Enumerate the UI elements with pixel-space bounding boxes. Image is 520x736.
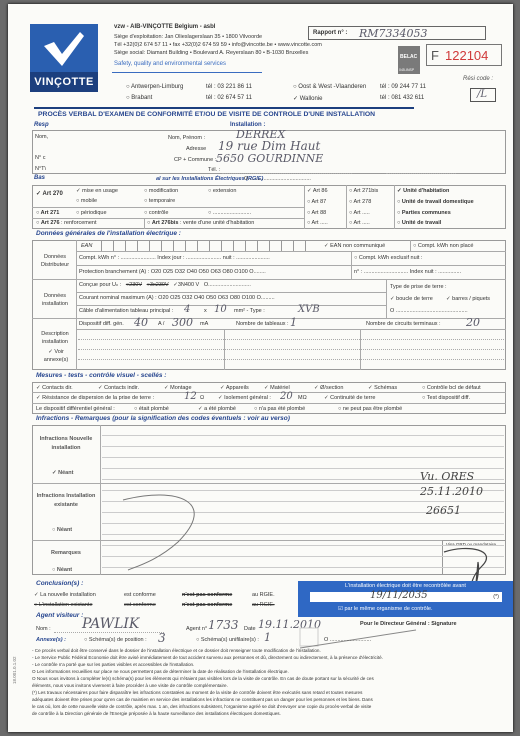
earth-loop-checkbox[interactable]: ✓ boucle de terre bbox=[390, 296, 433, 302]
seal-not-sealed[interactable]: ○ n'a pas été plombé bbox=[254, 406, 305, 412]
art276bis-checkbox[interactable]: ○ Art 276bis : vente d'une unité d'habit… bbox=[147, 220, 254, 226]
conclusion-new-conform[interactable]: est conforme bbox=[124, 592, 156, 598]
earth-bars-checkbox[interactable]: ✓ barres / piquets bbox=[446, 296, 490, 302]
conclusion-existing-nonconform[interactable]: n'est pas conforme bbox=[182, 602, 232, 608]
office-oost-west-tel: tél : 09 244 77 11 bbox=[380, 84, 426, 90]
logo-text: VINÇOTTE bbox=[30, 72, 98, 92]
circuits-label: Nombre de circuits terminaux : bbox=[366, 321, 441, 327]
opt-temporaire[interactable]: ○ temporaire bbox=[144, 198, 175, 204]
opt-periodique[interactable]: ○ périodique bbox=[76, 210, 107, 216]
conclusion-new-ref: au RGIE. bbox=[252, 592, 275, 598]
boards-label: Nombre de tableaux : bbox=[236, 321, 289, 327]
agent-date-label: Date bbox=[244, 626, 256, 632]
insulation-value[interactable]: 20 bbox=[280, 391, 293, 402]
address-line-1: Siège d'exploitation: Jan Olieslagerslaa… bbox=[114, 34, 262, 40]
annex-unifilar-value[interactable]: 1 bbox=[264, 631, 271, 644]
diff-test-checkbox[interactable]: ○ Test dispositif diff. bbox=[422, 395, 470, 401]
art87-checkbox[interactable]: ○ Art 87 bbox=[307, 199, 326, 205]
measure-appareils[interactable]: ✓ Appareils bbox=[220, 385, 249, 391]
annex-other[interactable]: O ........................... bbox=[324, 637, 371, 643]
earth-continuity-checkbox[interactable]: ✓ Continuité de terre bbox=[324, 395, 375, 401]
footer-notes: - Ce procès verbal doit être conservé da… bbox=[32, 647, 508, 717]
handwritten-number: 26651 bbox=[426, 504, 461, 517]
cable-x: x bbox=[204, 308, 207, 314]
meter-number-field[interactable]: Compt. kWh n° : ....................... … bbox=[79, 255, 270, 261]
measure-contacts-dir[interactable]: ✓ Contacts dir. bbox=[36, 385, 73, 391]
new-installation-none-checkbox[interactable]: ✓ Néant bbox=[52, 470, 73, 476]
meter-night-checkbox[interactable]: ○ Compt. kWh exclusif nuit : bbox=[354, 255, 422, 261]
meter-night-index-field[interactable]: n° : ............................. Index… bbox=[354, 269, 461, 275]
opt-controle[interactable]: ○ contrôle bbox=[144, 210, 168, 216]
remarks-none-checkbox[interactable]: ○ Néant bbox=[52, 567, 72, 573]
existing-installation-none-checkbox[interactable]: ○ Néant bbox=[52, 527, 72, 533]
conclusion-existing-conform[interactable]: est conforme bbox=[124, 602, 156, 608]
install-name-label: Nom, Prénom : bbox=[168, 135, 205, 141]
megohm-unit: MΩ bbox=[298, 395, 307, 401]
current-options[interactable]: Courant nominal maximum (A) : O20 O25 O3… bbox=[79, 295, 275, 301]
art270-checkbox[interactable]: ✓ Art 270 bbox=[36, 190, 63, 197]
install-commune-value[interactable]: 5650 GOURDINNE bbox=[216, 152, 323, 165]
unit-travail-domestique[interactable]: ○ Unité de travail domestique bbox=[397, 199, 474, 205]
earth-resistance-field[interactable]: ✓ Résistance de dispersion de la prise d… bbox=[36, 395, 154, 401]
office-antwerpen-tel: tél : 03 221 86 11 bbox=[206, 84, 252, 90]
unit-parties-communes[interactable]: ○ Parties communes bbox=[397, 210, 451, 216]
note-7: (*) Les travaux nécessaires pour faire d… bbox=[32, 689, 508, 696]
vincotte-logo: VINÇOTTE bbox=[30, 24, 98, 92]
note-4[interactable]: O Les informations recueillies sur place… bbox=[32, 668, 508, 675]
checkmark-icon bbox=[42, 30, 86, 68]
install-address-value[interactable]: 19 rue Dim Haut bbox=[218, 139, 320, 153]
art-other-1[interactable]: ○ Art ..... bbox=[307, 220, 328, 226]
distributor-label: Données Distributeur bbox=[36, 253, 74, 269]
art271-checkbox[interactable]: ○ Art 271 bbox=[36, 210, 59, 216]
measure-schemas[interactable]: ✓ Schémas bbox=[368, 385, 397, 391]
circuits-value[interactable]: 20 bbox=[466, 316, 480, 329]
art-other-2[interactable]: ○ Art ..... bbox=[349, 210, 370, 216]
description-label: Description installation bbox=[36, 330, 74, 346]
measure-section[interactable]: ✓ Ø/section bbox=[314, 385, 343, 391]
art86-checkbox[interactable]: ✓ Art 86 bbox=[307, 188, 328, 194]
new-installation-label: Infractions Nouvelle installation bbox=[34, 435, 98, 453]
address-line-2: Tél +32(0)2 674 57 11 • fax +32(0)2 674 … bbox=[114, 42, 322, 48]
belac-logo: BELAC 045-INSP bbox=[398, 46, 420, 74]
recheck-deadline-band: L'installation électrique doit être reco… bbox=[298, 581, 513, 617]
annex-unifilar-checkbox[interactable]: ○ Schéma(s) unifilaire(s) : bbox=[196, 637, 259, 643]
general-data-heading: Données générales de l'installation élec… bbox=[36, 230, 181, 237]
resi-code-field[interactable]: /L bbox=[470, 88, 496, 102]
resp-number-label: N° c bbox=[35, 155, 45, 161]
resp-name-label: Nom, bbox=[35, 134, 48, 140]
conclusion-new-checkbox[interactable]: ✓ La nouvelle installation bbox=[34, 592, 96, 598]
opt-mobile[interactable]: ○ mobile bbox=[76, 198, 97, 204]
measure-contacts-indir[interactable]: ✓ Contacts indir. bbox=[98, 385, 139, 391]
office-wallonie-tel: tél : 081 432 611 bbox=[380, 95, 424, 101]
diff-a-unit: A / bbox=[158, 321, 164, 327]
seal-has-been-sealed[interactable]: ✓ a été plombé bbox=[198, 406, 236, 412]
agent-number-value[interactable]: 1733 bbox=[208, 618, 239, 632]
seal-cannot-seal[interactable]: ○ ne peut pas être plombé bbox=[338, 406, 402, 412]
voltage-options[interactable]: Conçue pour Uₙ : ○230V ○3x230V ✓3N400 V … bbox=[79, 282, 251, 288]
ohm-unit: Ω bbox=[200, 395, 204, 401]
annex-position-value[interactable]: 3 bbox=[158, 631, 166, 645]
protection-options[interactable]: Protection branchement (A) : O20 O25 O32… bbox=[79, 269, 266, 275]
document-title: PROCÈS VERBAL D'EXAMEN DE CONFORMITÉ ET/… bbox=[38, 111, 375, 118]
note-9: le cas où, lors de cette nouvelle visite… bbox=[32, 703, 508, 710]
measures-heading: Mesures - tests - contrôle visuel - scel… bbox=[36, 372, 166, 379]
cable-conductors-value[interactable]: 4 bbox=[184, 304, 190, 315]
same-organism-checkbox[interactable]: ☑ par le même organisme de contrôle. bbox=[338, 606, 433, 612]
handwritten-date: 25.11.2010 bbox=[420, 485, 483, 498]
earth-type-label: Type de prise de terre : bbox=[390, 284, 447, 290]
strike-through-curve-icon bbox=[118, 492, 228, 572]
insulation-field[interactable]: ✓ Isolement général : bbox=[218, 395, 271, 401]
report-number-field[interactable]: Rapport n° : RM7334053 bbox=[308, 26, 486, 40]
base-label: Bas bbox=[34, 175, 45, 181]
org-name: vzw - AIB-VINÇOTTE Belgium - asbl bbox=[114, 24, 215, 30]
cable-field[interactable]: Câble d'alimentation tableau principal : bbox=[79, 308, 173, 314]
note-3: - Le contrôle n'a porté que sur les part… bbox=[32, 661, 508, 668]
handwritten-ores: Vu. ORES bbox=[420, 470, 474, 483]
see-annex-checkbox[interactable]: ✓ Voir annexe(s) bbox=[38, 348, 74, 364]
agent-name-value[interactable]: PAWLIK bbox=[82, 616, 139, 632]
art278-checkbox[interactable]: ○ Art 278 bbox=[349, 199, 371, 205]
seal-was-sealed[interactable]: ○ était plombé bbox=[134, 406, 169, 412]
opt-extension[interactable]: ○ extension bbox=[208, 188, 236, 194]
install-commune-label: CP + Commune : bbox=[174, 157, 216, 163]
diff-device-ma[interactable]: 300 bbox=[172, 316, 193, 329]
conclusion-new-nonconform[interactable]: n'est pas conforme bbox=[182, 592, 232, 598]
note-1: - Ce procès verbal doit être conservé da… bbox=[32, 647, 508, 654]
diff-ma-unit: mA bbox=[200, 321, 208, 327]
opt-modification[interactable]: ○ modification bbox=[144, 188, 178, 194]
existing-installation-label: Infractions Installation existante bbox=[34, 492, 98, 510]
note-10: de contrôle à la Direction générale de l… bbox=[32, 710, 508, 717]
office-brabant-tel: tél : 02 674 57 11 bbox=[206, 95, 252, 101]
office-antwerpen[interactable]: ○ Antwerpen-Limburg bbox=[126, 84, 183, 90]
art-other-3[interactable]: ○ Art ..... bbox=[349, 220, 370, 226]
ean-label: EAN bbox=[81, 243, 92, 249]
cable-section-value[interactable]: 10 bbox=[214, 304, 227, 315]
tagline: Safety, quality and environmental servic… bbox=[114, 61, 226, 67]
unit-habitation[interactable]: ✓ Unité d'habitation bbox=[397, 188, 449, 194]
form-code: 18.001.0.1.02 bbox=[12, 656, 17, 684]
office-oost-west[interactable]: ○ Oost & West -Vlaanderen bbox=[293, 84, 366, 90]
opt-other[interactable]: ○ ......................... bbox=[208, 210, 251, 216]
responsible-label: Resp bbox=[34, 122, 49, 128]
meter-not-placed-checkbox[interactable]: ○ Compt. kWh non placé bbox=[413, 243, 474, 249]
recheck-date-field[interactable]: 19/11/2035 (*) bbox=[310, 592, 502, 602]
opt-mise-en-usage[interactable]: ✓ mise en usage bbox=[76, 188, 118, 194]
note-8: adéquates doivent être prises pour qu'en… bbox=[32, 696, 508, 703]
report-number-value: RM7334053 bbox=[359, 27, 428, 40]
install-address-label: Adresse bbox=[186, 146, 206, 152]
conclusion-existing-checkbox[interactable]: ○ L'installation existante bbox=[34, 602, 93, 608]
art271bis-checkbox[interactable]: ○ Art 271bis bbox=[349, 188, 378, 194]
base-other: O ......................................… bbox=[244, 176, 311, 182]
diff-device-label: Dispositif diff. gén. bbox=[79, 321, 124, 327]
diff-device-amps[interactable]: 40 bbox=[134, 316, 148, 329]
form-number: F 122104 bbox=[426, 44, 502, 66]
installation-data-label: Données installation bbox=[36, 292, 74, 308]
office-wallonie[interactable]: ✓ Wallonie bbox=[293, 95, 323, 102]
annexes-label: Annexe(s) : bbox=[36, 637, 66, 643]
infractions-heading: Infractions - Remarques (pour la signifi… bbox=[36, 415, 290, 422]
conclusion-heading: Conclusion(s) : bbox=[36, 580, 83, 587]
agent-number-label: Agent n° bbox=[186, 626, 207, 632]
ean-input-cells[interactable] bbox=[101, 240, 317, 251]
conclusion-existing-ref: au RGIE. bbox=[252, 602, 275, 608]
address-line-3: Siège social: Diamant Building • Bouleva… bbox=[114, 50, 308, 56]
note-6: éléments, nous vous invitons vivement à … bbox=[32, 682, 508, 689]
unit-travail[interactable]: ○ Unité de travail bbox=[397, 220, 441, 226]
earth-other-field[interactable]: O ......................................… bbox=[390, 308, 468, 314]
note-5[interactable]: O Nous vous invitons à compléter le(s) s… bbox=[32, 675, 508, 682]
agent-name-label: Nom : bbox=[36, 626, 51, 632]
agent-heading: Agent visiteur : bbox=[36, 612, 83, 619]
inspection-report-page: VINÇOTTE vzw - AIB-VINÇOTTE Belgium - as… bbox=[8, 4, 513, 732]
office-brabant[interactable]: ○ Brabant bbox=[126, 95, 152, 101]
cable-unit: mm² - Type : bbox=[234, 308, 265, 314]
report-number-label: Rapport n° : bbox=[313, 30, 347, 36]
boards-value[interactable]: 1 bbox=[290, 316, 297, 329]
remarks-label: Remarques bbox=[34, 550, 98, 556]
note-2: - Le Service Public Fédéral Economie doi… bbox=[32, 654, 508, 661]
art88-checkbox[interactable]: ○ Art 88 bbox=[307, 210, 326, 216]
earth-resistance-value[interactable]: 12 bbox=[184, 391, 197, 402]
install-tel-label: Tél. : bbox=[208, 167, 220, 173]
annex-position-checkbox[interactable]: ○ Schéma(s) de position : bbox=[84, 637, 147, 643]
measure-fault-loop[interactable]: ○ Contrôle bcl de défaut bbox=[422, 385, 481, 391]
resp-tel-label: N°T\ bbox=[35, 166, 46, 172]
cable-type-value[interactable]: XVB bbox=[298, 304, 320, 315]
art276-checkbox[interactable]: ○ Art 276 : renforcement bbox=[36, 220, 97, 226]
resi-code-label: Rési code : bbox=[463, 76, 493, 82]
seal-label: Le dispositif différentiel général : bbox=[36, 406, 115, 412]
recheck-title: L'installation électrique doit être reco… bbox=[298, 583, 513, 589]
ean-not-communicated-checkbox[interactable]: ✓ EAN non communiqué bbox=[324, 243, 385, 249]
